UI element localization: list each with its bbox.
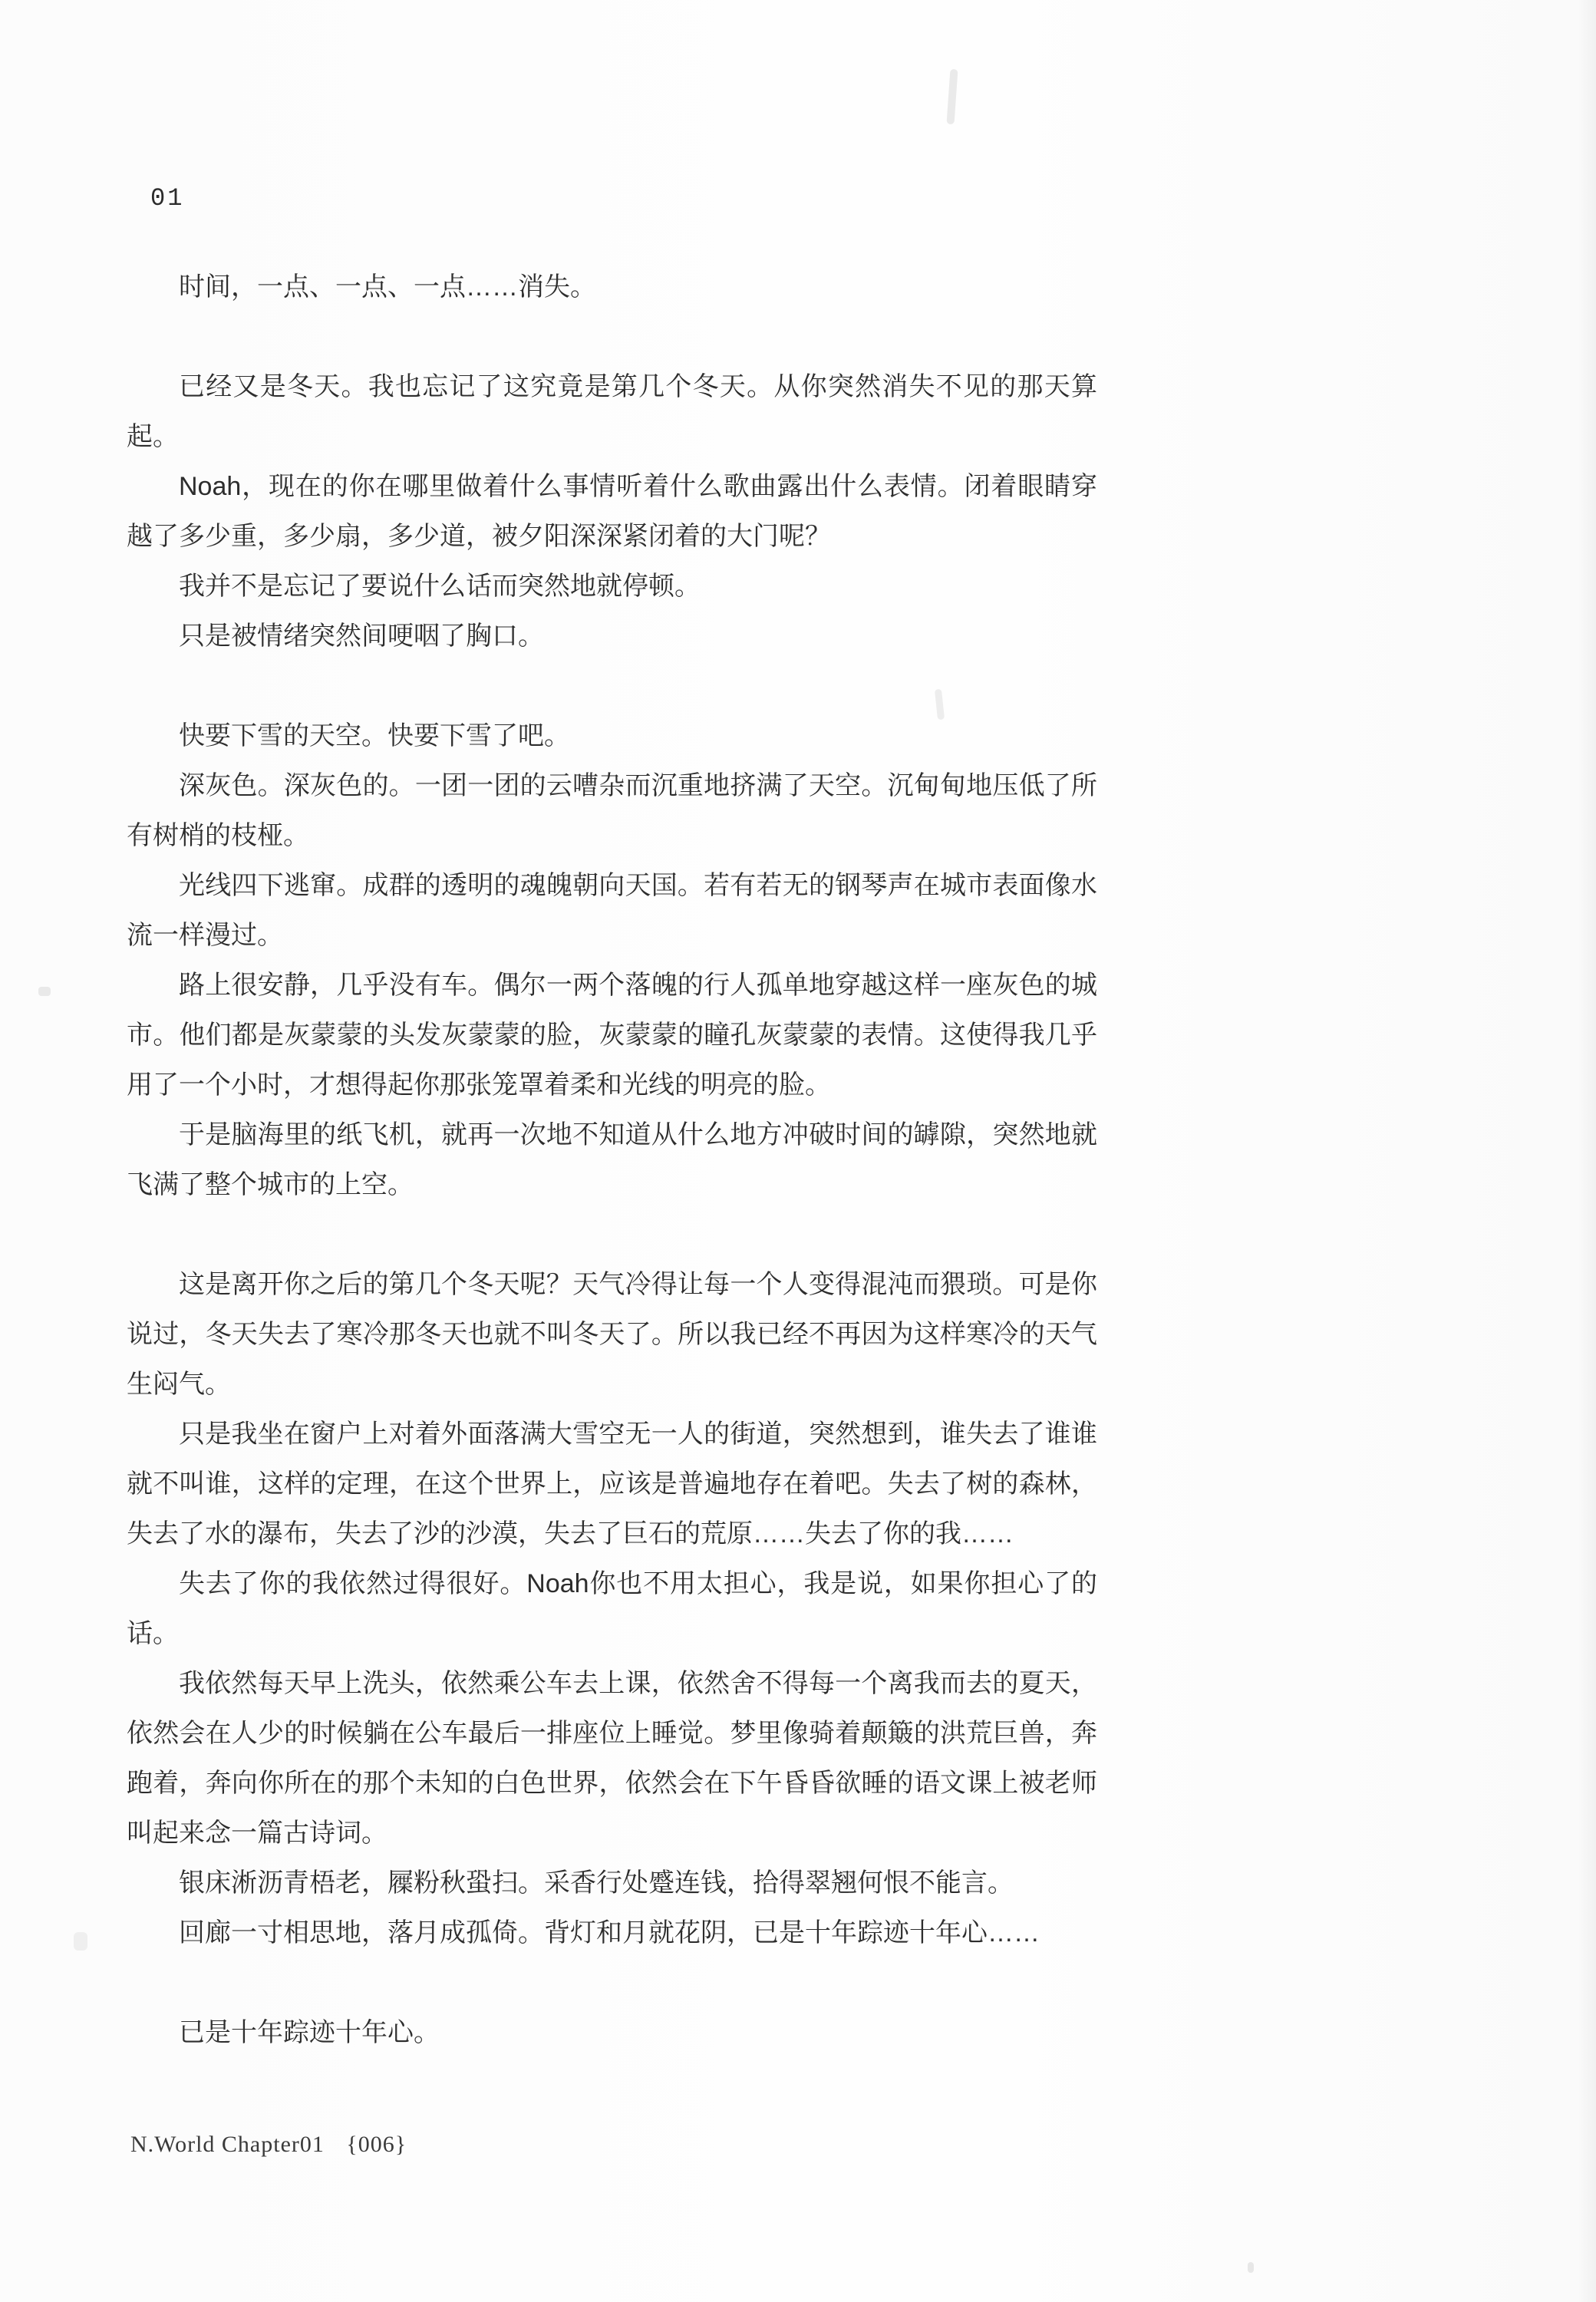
paragraph: 路上很安静，几乎没有车。偶尔一两个落魄的行人孤单地穿越这样一座灰色的城市。他们都… bbox=[127, 961, 1097, 1110]
book-page: 01 时间，一点、一点、一点……消失。已经又是冬天。我也忘记了这究竟是第几个冬天… bbox=[0, 0, 1596, 2302]
text-section: 时间，一点、一点、一点……消失。 bbox=[127, 262, 1097, 312]
paragraph: 我并不是忘记了要说什么话而突然地就停顿。 bbox=[127, 562, 1097, 612]
body-text: 时间，一点、一点、一点……消失。已经又是冬天。我也忘记了这究竟是第几个冬天。从你… bbox=[127, 262, 1097, 2058]
paragraph: 已经又是冬天。我也忘记了这究竟是第几个冬天。从你突然消失不见的那天算起。 bbox=[127, 362, 1097, 462]
paragraph: 时间，一点、一点、一点……消失。 bbox=[127, 262, 1097, 312]
paragraph: 于是脑海里的纸飞机，就再一次地不知道从什么地方冲破时间的罅隙，突然地就飞满了整个… bbox=[127, 1110, 1097, 1210]
paragraph: 我依然每天早上洗头，依然乘公车去上课，依然舍不得每一个离我而去的夏天，依然会在人… bbox=[127, 1659, 1097, 1858]
paragraph: Noah，现在的你在哪里做着什么事情听着什么歌曲露出什么表情。闭着眼睛穿越了多少… bbox=[127, 462, 1097, 562]
footer-book-chapter: N.World Chapter01 bbox=[130, 2132, 325, 2157]
scan-artifact bbox=[74, 1932, 87, 1951]
text-section: 已是十年踪迹十年心。 bbox=[127, 2008, 1097, 2058]
scan-artifact bbox=[947, 69, 958, 125]
paragraph: 银床淅沥青梧老，屧粉秋蛩扫。采香行处蹙连钱，拾得翠翘何恨不能言。 bbox=[127, 1858, 1097, 1908]
paragraph: 只是被情绪突然间哽咽了胸口。 bbox=[127, 612, 1097, 661]
chapter-number: 01 bbox=[150, 184, 184, 213]
paragraph: 已是十年踪迹十年心。 bbox=[127, 2008, 1097, 2058]
paragraph: 光线四下逃窜。成群的透明的魂魄朝向天国。若有若无的钢琴声在城市表面像水流一样漫过… bbox=[127, 861, 1097, 961]
paragraph: 快要下雪的天空。快要下雪了吧。 bbox=[127, 711, 1097, 761]
text-section: 这是离开你之后的第几个冬天呢？天气冷得让每一个人变得混沌而猥琐。可是你说过，冬天… bbox=[127, 1260, 1097, 1958]
scan-artifact bbox=[1248, 2262, 1254, 2273]
paragraph: 深灰色。深灰色的。一团一团的云嘈杂而沉重地挤满了天空。沉甸甸地压低了所有树梢的枝… bbox=[127, 761, 1097, 861]
scan-artifact bbox=[38, 987, 51, 996]
text-section: 快要下雪的天空。快要下雪了吧。深灰色。深灰色的。一团一团的云嘈杂而沉重地挤满了天… bbox=[127, 711, 1097, 1210]
text-section: 已经又是冬天。我也忘记了这究竟是第几个冬天。从你突然消失不见的那天算起。Noah… bbox=[127, 362, 1097, 661]
paragraph: 失去了你的我依然过得很好。Noah你也不用太担心，我是说，如果你担心了的话。 bbox=[127, 1559, 1097, 1659]
page-footer: N.World Chapter01 {006} bbox=[130, 2132, 407, 2158]
paragraph: 这是离开你之后的第几个冬天呢？天气冷得让每一个人变得混沌而猥琐。可是你说过，冬天… bbox=[127, 1260, 1097, 1410]
scan-edge-shadow bbox=[1578, 0, 1596, 2302]
footer-page-number: {006} bbox=[346, 2132, 407, 2157]
paragraph: 只是我坐在窗户上对着外面落满大雪空无一人的街道，突然想到，谁失去了谁谁就不叫谁，… bbox=[127, 1410, 1097, 1559]
paragraph: 回廊一寸相思地，落月成孤倚。背灯和月就花阴，已是十年踪迹十年心…… bbox=[127, 1908, 1097, 1958]
